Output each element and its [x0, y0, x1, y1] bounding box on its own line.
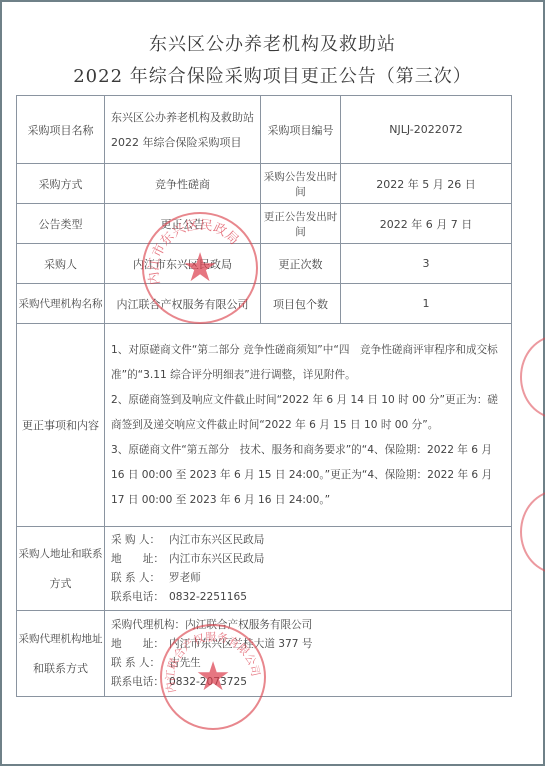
project-name-value: 东兴区公办养老机构及救助站 2022 年综合保险采购项目 [105, 96, 261, 164]
purchaser-label: 采购人 [17, 244, 105, 284]
change-item-1: 1、对原磋商文件“第二部分 竞争性磋商须知”中“四 竞争性磋商评审程序和成交标准… [111, 338, 505, 388]
agency-contact-label: 采购代理机构地址 和联系方式 [17, 611, 105, 697]
package-count-value: 1 [341, 284, 512, 324]
contact-line: 联系电话：0832-2073725 [111, 673, 511, 692]
notice-time-value: 2022 年 5 月 26 日 [341, 164, 512, 204]
table-row: 采购方式 竞争性磋商 采购公告发出时间 2022 年 5 月 26 日 [17, 164, 512, 204]
correction-count-value: 3 [341, 244, 512, 284]
table-row: 采购项目名称 东兴区公办养老机构及救助站 2022 年综合保险采购项目 采购项目… [17, 96, 512, 164]
document-title-line1: 东兴区公办养老机构及救助站 [0, 30, 545, 56]
agency-contact-details: 采购代理机构：内江联合产权服务有限公司 地 址：内江市东兴区兰桂大道 377 号… [105, 611, 512, 697]
document-title-line2: 2022 年综合保险采购项目更正公告（第三次） [0, 62, 545, 88]
table-row: 采购代理机构名称 内江联合产权服务有限公司 项目包个数 1 [17, 284, 512, 324]
purchaser-contact-details: 采 购 人：内江市东兴区民政局 地 址：内江市东兴区民政局 联 系 人：罗老师 … [105, 527, 512, 611]
change-item-2: 2、原磋商签到及响应文件截止时间“2022 年 6 月 14 日 10 时 00… [111, 388, 505, 438]
notice-type-value: 更正公告 [105, 204, 261, 244]
table-row: 更正事项和内容 1、对原磋商文件“第二部分 竞争性磋商须知”中“四 竞争性磋商评… [17, 324, 512, 527]
correction-count-label: 更正次数 [261, 244, 341, 284]
table-row: 采购人 内江市东兴区民政局 更正次数 3 [17, 244, 512, 284]
contact-line: 联系电话：0832-2251165 [111, 588, 511, 607]
project-no-value: NJLJ-2022072 [341, 96, 512, 164]
table-row: 采购人地址和联系 方式 采 购 人：内江市东兴区民政局 地 址：内江市东兴区民政… [17, 527, 512, 611]
purchaser-contact-label: 采购人地址和联系 方式 [17, 527, 105, 611]
changes-content: 1、对原磋商文件“第二部分 竞争性磋商须知”中“四 竞争性磋商评审程序和成交标准… [105, 324, 512, 527]
project-name-line2: 2022 年综合保险采购项目 [111, 130, 260, 155]
purchaser-value: 内江市东兴区民政局 [105, 244, 261, 284]
project-name-line1: 东兴区公办养老机构及救助站 [111, 105, 260, 130]
project-no-label: 采购项目编号 [261, 96, 341, 164]
package-count-label: 项目包个数 [261, 284, 341, 324]
changes-label: 更正事项和内容 [17, 324, 105, 527]
contact-line: 采购代理机构：内江联合产权服务有限公司 [111, 616, 511, 635]
method-value: 竞争性磋商 [105, 164, 261, 204]
change-item-3: 3、原磋商文件“第五部分 技术、服务和商务要求”的“4、保险期：2022 年 6… [111, 438, 505, 513]
agency-contact-label-line2: 和联系方式 [17, 654, 104, 684]
agency-contact-label-line1: 采购代理机构地址 [17, 624, 104, 654]
correction-time-value: 2022 年 6 月 7 日 [341, 204, 512, 244]
method-label: 采购方式 [17, 164, 105, 204]
contact-line: 联 系 人：罗老师 [111, 569, 511, 588]
notice-time-label: 采购公告发出时间 [261, 164, 341, 204]
contact-line: 地 址：内江市东兴区兰桂大道 377 号 [111, 635, 511, 654]
purchaser-contact-label-line1: 采购人地址和联系 [17, 539, 104, 569]
table-row: 公告类型 更正公告 更正公告发出时间 2022 年 6 月 7 日 [17, 204, 512, 244]
contact-line: 联 系 人：古先生 [111, 654, 511, 673]
contact-line: 采 购 人：内江市东兴区民政局 [111, 531, 511, 550]
contact-line: 地 址：内江市东兴区民政局 [111, 550, 511, 569]
project-name-label: 采购项目名称 [17, 96, 105, 164]
table-row: 采购代理机构地址 和联系方式 采购代理机构：内江联合产权服务有限公司 地 址：内… [17, 611, 512, 697]
agency-value: 内江联合产权服务有限公司 [105, 284, 261, 324]
purchaser-contact-label-line2: 方式 [17, 569, 104, 599]
correction-time-label: 更正公告发出时间 [261, 204, 341, 244]
notice-table: 采购项目名称 东兴区公办养老机构及救助站 2022 年综合保险采购项目 采购项目… [16, 95, 512, 697]
agency-label: 采购代理机构名称 [17, 284, 105, 324]
notice-type-label: 公告类型 [17, 204, 105, 244]
